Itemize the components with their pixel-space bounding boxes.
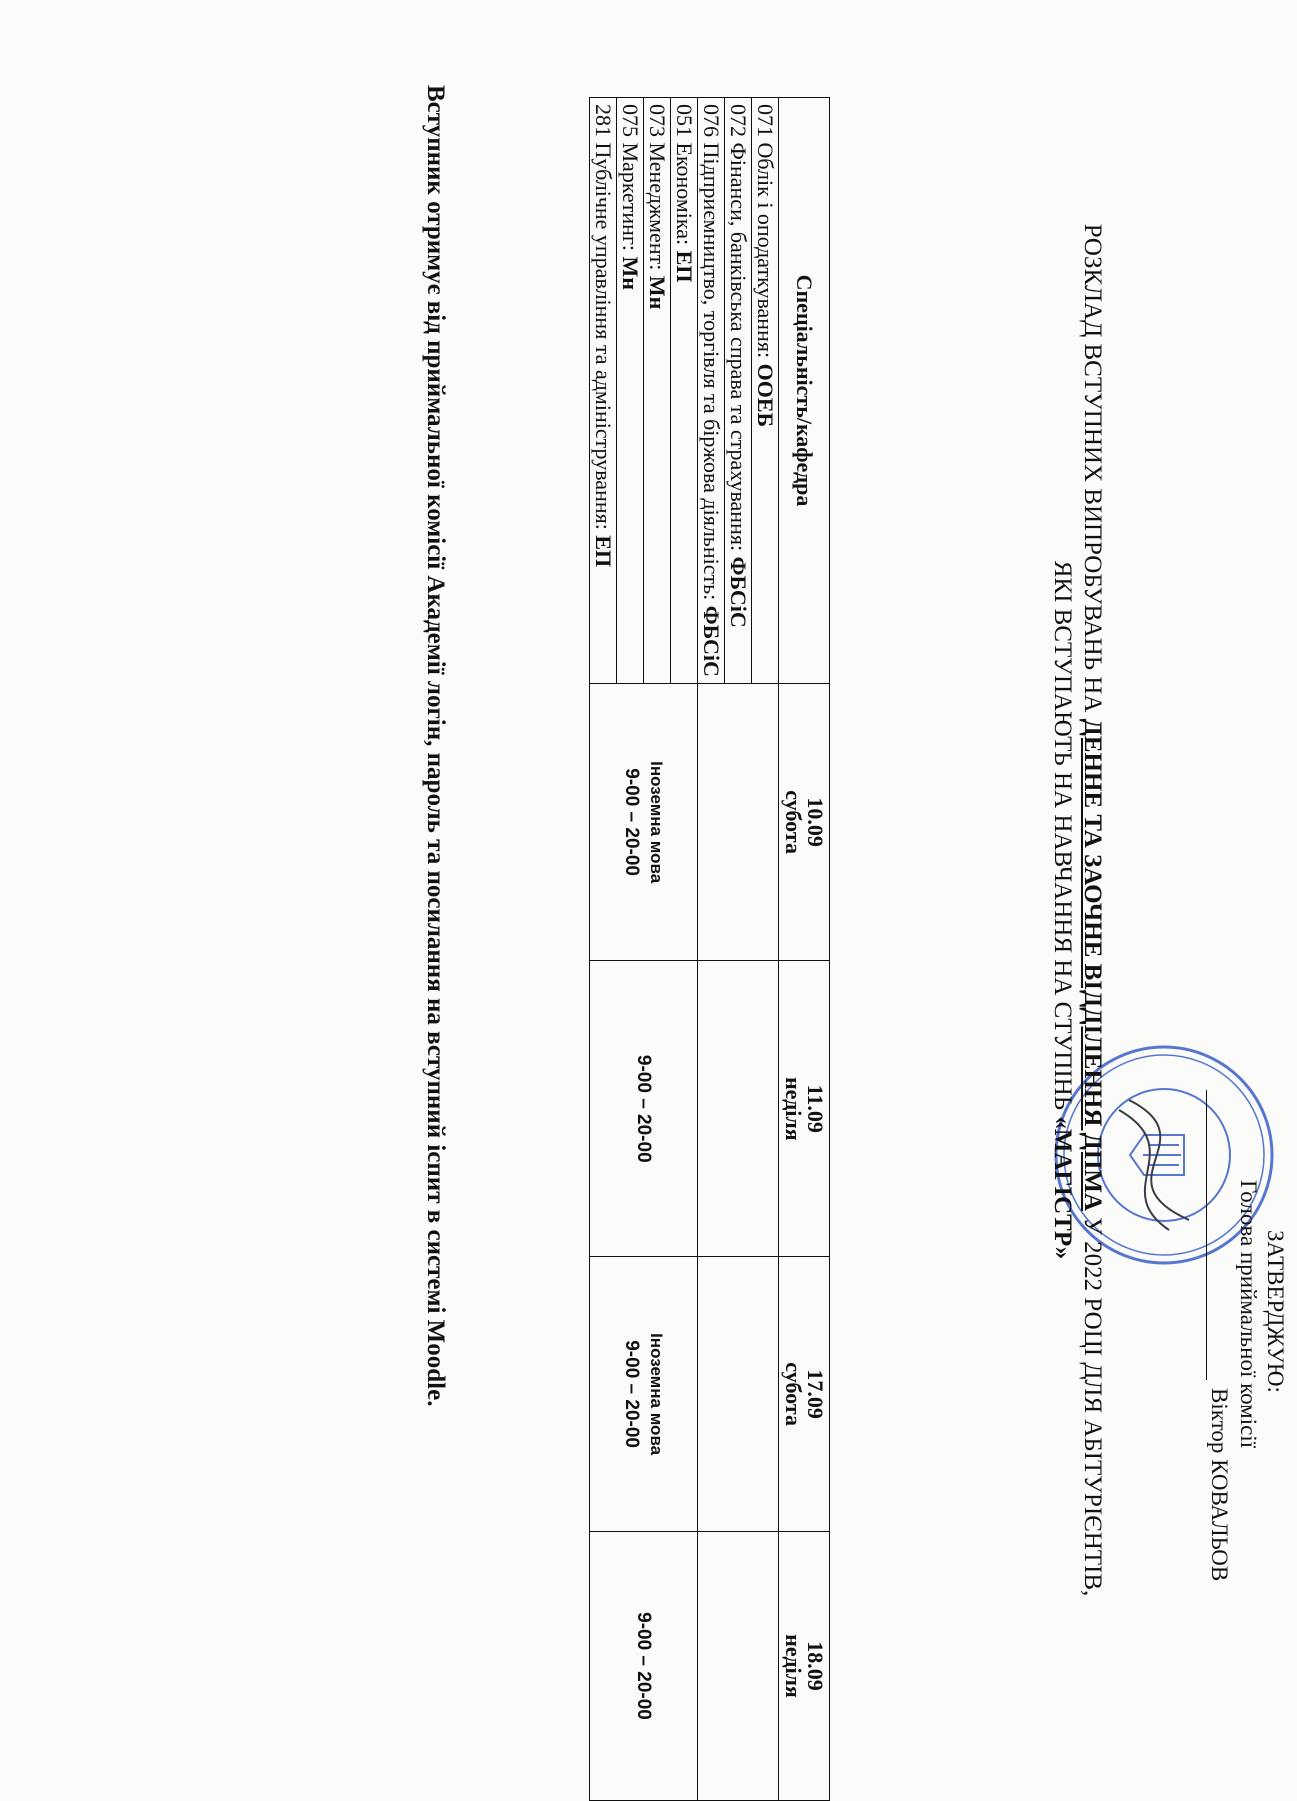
exam-block-18-09-upper xyxy=(698,1532,779,1801)
title-part: ЯКІ ВСТУПАЮТЬ НА НАВЧАННЯ НА СТУПІНЬ xyxy=(1049,561,1076,1117)
exam-schedule-table: Спеціальність/кафедра 10.09субота 11.09н… xyxy=(589,97,830,1801)
exam-block-10-09: Іноземна мова 9-00 – 20-00 xyxy=(590,683,698,960)
table-row: 071 Облік і оподаткування: ООЕБ xyxy=(752,98,779,1801)
specialty-cell: 281 Публічне управління та адмініструван… xyxy=(590,98,617,684)
exam-block-11-09: 9-00 – 20-00 xyxy=(590,961,698,1257)
approval-position: Голова приймальної комісії xyxy=(1235,1090,1262,1770)
column-header-date: 10.09субота xyxy=(779,683,830,960)
table-row: 051 Економіка: ЕП Іноземна мова 9-00 – 2… xyxy=(671,98,698,1801)
exam-block-17-09-upper xyxy=(698,1257,779,1532)
specialty-cell: 073 Менеджмент: Мн xyxy=(644,98,671,684)
document-page: ЗАТВЕРДЖУЮ: Голова приймальної комісії В… xyxy=(0,0,1297,1801)
specialty-cell: 071 Облік і оподаткування: ООЕБ xyxy=(752,98,779,684)
approval-block: ЗАТВЕРДЖУЮ: Голова приймальної комісії В… xyxy=(1206,1090,1289,1770)
column-header-date: 18.09неділя xyxy=(779,1532,830,1801)
specialty-cell: 051 Економіка: ЕП xyxy=(671,98,698,684)
title-part: РОЗКЛАД ВСТУПНИХ ВИПРОБУВАНЬ НА xyxy=(1079,224,1106,719)
exam-block-11-09-upper xyxy=(698,961,779,1257)
degree-name: «МАГІСТР» xyxy=(1049,1116,1076,1259)
specialty-cell: 072 Фінанси, банківська справа та страху… xyxy=(725,98,752,684)
table-header-row: Спеціальність/кафедра 10.09субота 11.09н… xyxy=(779,98,830,1801)
column-header-date: 17.09субота xyxy=(779,1257,830,1532)
approval-heading: ЗАТВЕРДЖУЮ: xyxy=(1262,1090,1289,1770)
approval-signatory: Віктор КОВАЛЬОВ xyxy=(1206,1388,1233,1581)
document-title: РОЗКЛАД ВСТУПНИХ ВИПРОБУВАНЬ НА ДЕННЕ ТА… xyxy=(1047,40,1107,1780)
title-emphasis: ДЕННЕ ТА ЗАОЧНЕ ВІДДІЛЕННЯ ДПМА xyxy=(1079,719,1106,1211)
moodle-note: Вступник отримує від приймальної комісії… xyxy=(421,85,449,1785)
signature-line xyxy=(1206,1090,1233,1380)
title-part: У 2022 РОЦІ ДЛЯ АБІТУРІЄНТІВ, xyxy=(1079,1211,1106,1596)
exam-block-17-09: Іноземна мова 9-00 – 20-00 xyxy=(590,1257,698,1532)
exam-block-10-09-upper xyxy=(698,683,779,960)
column-header-specialty: Спеціальність/кафедра xyxy=(779,98,830,684)
specialty-cell: 076 Підприємництво, торгівля та біржова … xyxy=(698,98,725,684)
exam-block-18-09: 9-00 – 20-00 xyxy=(590,1532,698,1801)
specialty-cell: 075 Маркетинг: Мн xyxy=(617,98,644,684)
column-header-date: 11.09неділя xyxy=(779,961,830,1257)
